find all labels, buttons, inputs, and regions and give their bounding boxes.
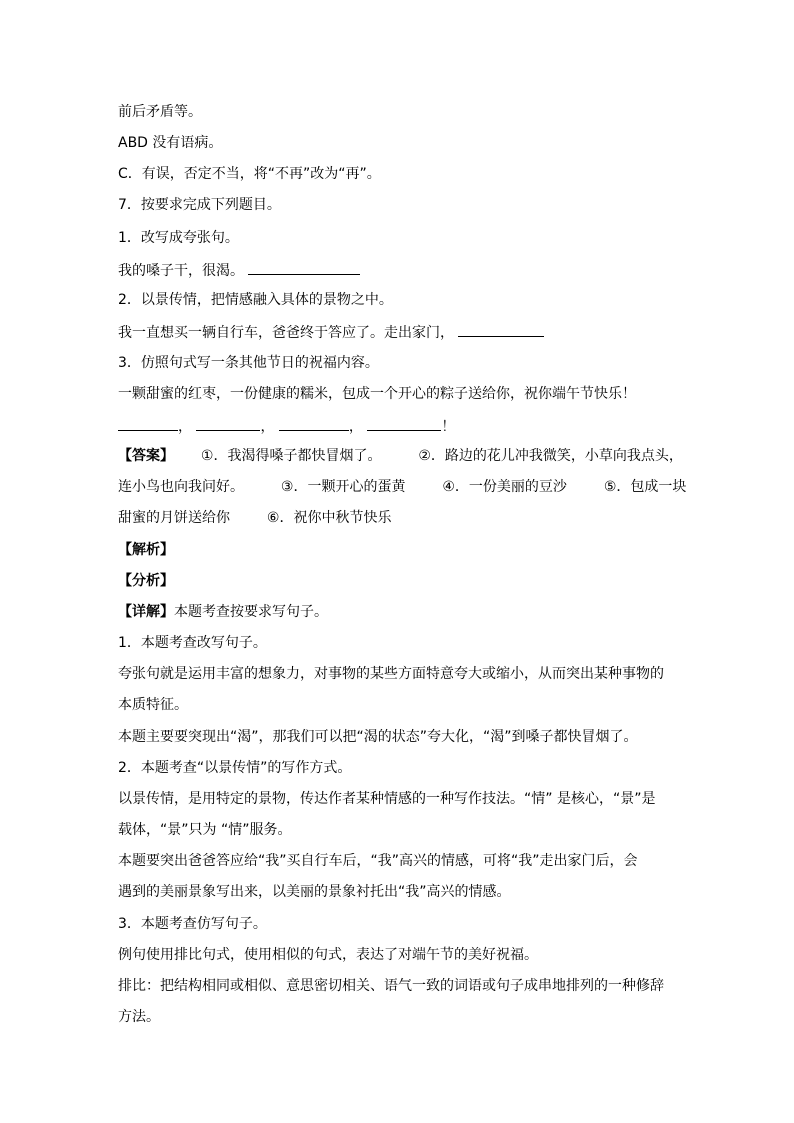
text-line: C．有误，否定不当，将“不再”改为“再”。 — [118, 165, 381, 183]
sub-question: 2．以景传情，把情感融入具体的景物之中。 — [118, 291, 393, 309]
answer-label: 【答案】 — [118, 448, 174, 464]
explanation-line: 本题要突出爸爸答应给“我”买自行车后，“我”高兴的情感，可将“我”走出家门后，会 — [118, 852, 638, 870]
answer-item: ⑤．包成一块 — [604, 479, 687, 495]
explanation-line: 3．本题考查仿写句子。 — [118, 915, 267, 933]
detail-intro: 本题考查按要求写句子。 — [174, 604, 328, 620]
answer-blank-4[interactable] — [367, 416, 441, 431]
text-line: ABD 没有语病。 — [118, 134, 222, 152]
answer-line-3: 甜蜜的月饼送给你 ⑥．祝你中秋节快乐 — [118, 509, 391, 527]
answer-item: ①．我渴得嗓子都快冒烟了。 — [201, 448, 382, 464]
example-sentence: 一颗甜蜜的红枣，一份健康的糯米，包成一个开心的粽子送给你，祝你端午节快乐！ — [118, 385, 636, 403]
answer-blank-1[interactable] — [118, 416, 178, 431]
explanation-line: 夸张句就是运用丰富的想象力，对事物的某些方面特意夸大或缩小，从而突出某种事物的 — [118, 665, 664, 683]
separator: ， — [260, 419, 274, 435]
question-heading: 7．按要求完成下列题目。 — [118, 196, 281, 214]
answer-item: ②．路边的花儿冲我微笑，小草向我点头， — [418, 448, 683, 464]
answer-item: ⑥．祝你中秋节快乐 — [267, 510, 392, 526]
answer-blank-2[interactable] — [196, 416, 260, 431]
answer-item: ③．一颗开心的蛋黄 — [281, 479, 406, 495]
explanation-line: 2．本题考查“以景传情”的写作方式。 — [118, 759, 351, 777]
separator: ， — [349, 419, 363, 435]
text-line: 前后矛盾等。 — [118, 103, 202, 121]
sentence-with-blank: 我一直想买一辆自行车，爸爸终于答应了。走出家门， — [118, 322, 544, 342]
sentence-text: 我一直想买一辆自行车，爸爸终于答应了。走出家门， — [118, 325, 454, 341]
explanation-line: 以景传情，是用特定的景物，传达作者某种情感的一种写作技法。“情” 是核心，“景”… — [118, 790, 655, 808]
answer-blank-3[interactable] — [279, 416, 349, 431]
sentence-text: 我的嗓子干，很渴。 — [118, 263, 244, 279]
explanation-line: 排比：把结构相同或相似、意思密切相关、语气一致的词语或句子成串地排列的一种修辞 — [118, 977, 664, 995]
fenxi-label: 【分析】 — [118, 572, 174, 590]
sub-question: 1．改写成夸张句。 — [118, 229, 239, 247]
separator: ， — [178, 419, 192, 435]
detail-line: 【详解】本题考查按要求写句子。 — [118, 603, 328, 621]
sentence-with-blank: 我的嗓子干，很渴。 — [118, 260, 360, 280]
explanation-line: 1．本题考查改写句子。 — [118, 634, 267, 652]
answer-item: ④．一份美丽的豆沙 — [442, 479, 567, 495]
blank-row: ， ， ， ！ — [118, 416, 455, 436]
explanation-line: 本质特征。 — [118, 696, 188, 714]
separator: ！ — [441, 419, 455, 435]
answer-item: 甜蜜的月饼送给你 — [118, 510, 230, 526]
explanation-line: 例句使用排比句式，使用相似的句式，表达了对端午节的美好祝福。 — [118, 946, 538, 964]
explanation-line: 载体，“景”只为 “情”服务。 — [118, 821, 291, 839]
explanation-line: 遇到的美丽景象写出来，以美丽的景象衬托出“我”高兴的情感。 — [118, 883, 511, 901]
explanation-line: 方法。 — [118, 1008, 160, 1026]
sub-question: 3．仿照句式写一条其他节日的祝福内容。 — [118, 354, 379, 372]
answer-line-1: 【答案】 ①．我渴得嗓子都快冒烟了。 ②．路边的花儿冲我微笑，小草向我点头， — [118, 447, 683, 465]
answer-blank[interactable] — [458, 322, 544, 337]
detail-label: 【详解】 — [118, 604, 174, 620]
answer-blank[interactable] — [248, 260, 360, 275]
answer-line-2: 连小鸟也向我问好。 ③．一颗开心的蛋黄 ④．一份美丽的豆沙 ⑤．包成一块 — [118, 478, 686, 496]
analysis-label: 【解析】 — [118, 541, 174, 559]
explanation-line: 本题主要要突现出“渴”，那我们可以把“渴的状态”夸大化，“渴”到嗓子都快冒烟了。 — [118, 728, 638, 746]
answer-item: 连小鸟也向我问好。 — [118, 479, 244, 495]
